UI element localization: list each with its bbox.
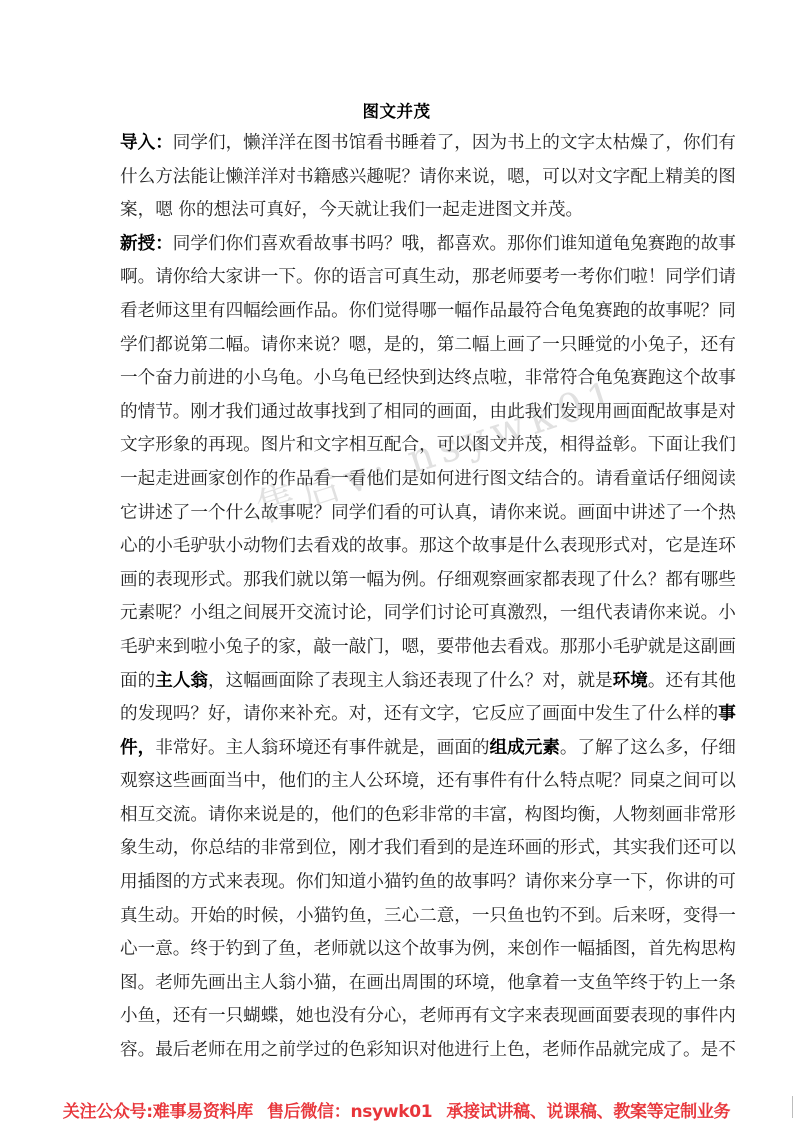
keyword-composition-elements: 组成元素 — [490, 738, 560, 758]
text-line: 元素呢？小组之间展开交流讨论，同学们讨论可真激烈，一组代表请你来说。小 — [120, 597, 674, 631]
keyword-event-part2: 件， — [120, 738, 155, 758]
text-line: 图。老师先画出主人翁小猫，在画出周围的环境，他拿着一支鱼竿终于钓上一条 — [120, 967, 674, 1001]
text-line: 件，非常好。主人翁环境还有事件就是，画面的组成元素。了解了这么多，仔细 — [120, 732, 674, 766]
footer-follow-label: 关注公众号:难事易资料库 — [63, 1097, 253, 1122]
text-line: 导入：同学们，懒洋洋在图书馆看书睡着了，因为书上的文字太枯燥了，你们有 — [120, 127, 674, 161]
text-line: 小鱼，还有一只蝴蝶，她也没有分心，老师再有文字来表现画面要表现的事件内 — [120, 1000, 674, 1034]
text-line: 新授：同学们你们喜欢看故事书吗？哦，都喜欢。那你们谁知道龟兔赛跑的故事 — [120, 228, 674, 262]
text-line: 真生动。开始的时候，小猫钓鱼，三心二意，一只鱼也钓不到。后来呀，变得一 — [120, 900, 674, 934]
text-line: 学们都说第二幅。请你来说？嗯，是的，第二幅上画了一只睡觉的小兔子，还有 — [120, 329, 674, 363]
text-line: 它讲述了一个什么故事呢？同学们看的可认真，请你来说。画面中讲述了一个热 — [120, 497, 674, 531]
text-line: 容。最后老师在用之前学过的色彩知识对他进行上色，老师作品就完成了。是不 — [120, 1034, 674, 1068]
text-line: 毛驴来到啦小兔子的家，敲一敲门，嗯，要带他去看戏。那那小毛驴就是这副画 — [120, 631, 674, 665]
section-label-new-lesson: 新授： — [120, 234, 173, 254]
text-line: 案，嗯 你的想法可真好，今天就让我们一起走进图文并茂。 — [120, 194, 674, 228]
text-line: 一个奋力前进的小乌龟。小乌龟已经快到达终点啦，非常符合龟兔赛跑这个故事 — [120, 362, 674, 396]
text-line: 心的小毛驴驮小动物们去看戏的故事。那这个故事是什么表现形式对，它是连环 — [120, 530, 674, 564]
text-line: 心一意。终于钓到了鱼，老师就以这个故事为例，来创作一幅插图，首先构思构 — [120, 933, 674, 967]
text-line: 观察这些画面当中，他们的主人公环境，还有事件有什么特点呢？同桌之间可以 — [120, 765, 674, 799]
keyword-event-part1: 事 — [718, 704, 736, 724]
footer-banner: 关注公众号:难事易资料库 售后微信：nsywk01 承接试讲稿、说课稿、教案等定… — [0, 1096, 793, 1122]
document-title: 图文并茂 — [0, 98, 793, 122]
document-page: 图文并茂 导入：同学们，懒洋洋在图书馆看书睡着了，因为书上的文字太枯燥了，你们有… — [0, 0, 793, 1122]
section-label-intro: 导入： — [120, 133, 173, 153]
text-line: 什么方法能让懒洋洋对书籍感兴趣呢？请你来说，嗯，可以对文字配上精美的图 — [120, 161, 674, 195]
text-line: 一起走进画家创作的作品看一看他们是如何进行图文结合的。请看童话仔细阅读 — [120, 463, 674, 497]
keyword-environment: 环境 — [613, 671, 648, 691]
text-line: 的发现吗？好，请你来补充。对，还有文字，它反应了画面中发生了什么样的事 — [120, 698, 674, 732]
text-line: 啊。请你给大家讲一下。你的语言可真生动，那老师要考一考你们啦！同学们请 — [120, 261, 674, 295]
footer-support-label: 售后微信：nsywk01 — [267, 1097, 432, 1122]
text-line: 象生动，你总结的非常到位，刚才我们看到的是连环画的形式，其实我们还可以 — [120, 832, 674, 866]
text-line: 用插图的方式来表现。你们知道小猫钓鱼的故事吗？请你来分享一下，你讲的可 — [120, 866, 674, 900]
footer-service-label: 承接试讲稿、说课稿、教案等定制业务 — [446, 1097, 730, 1122]
keyword-protagonist: 主人翁 — [155, 671, 208, 691]
text-line: 画的表现形式。那我们就以第一幅为例。仔细观察画家都表现了什么？都有哪些 — [120, 564, 674, 598]
text-line: 面的主人翁，这幅画面除了表现主人翁还表现了什么？对，就是环境。还有其他 — [120, 665, 674, 699]
document-body: 导入：同学们，懒洋洋在图书馆看书睡着了，因为书上的文字太枯燥了，你们有 什么方法… — [120, 127, 674, 1068]
text-line: 文字形象的再现。图片和文字相互配合，可以图文并茂，相得益彰。下面让我们 — [120, 429, 674, 463]
text-line: 的情节。刚才我们通过故事找到了相同的画面，由此我们发现用画面配故事是对 — [120, 396, 674, 430]
text-line: 相互交流。请你来说是的，他们的色彩非常的丰富，构图均衡，人物刻画非常形 — [120, 799, 674, 833]
text-line: 看老师这里有四幅绘画作品。你们觉得哪一幅作品最符合龟兔赛跑的故事呢？同 — [120, 295, 674, 329]
